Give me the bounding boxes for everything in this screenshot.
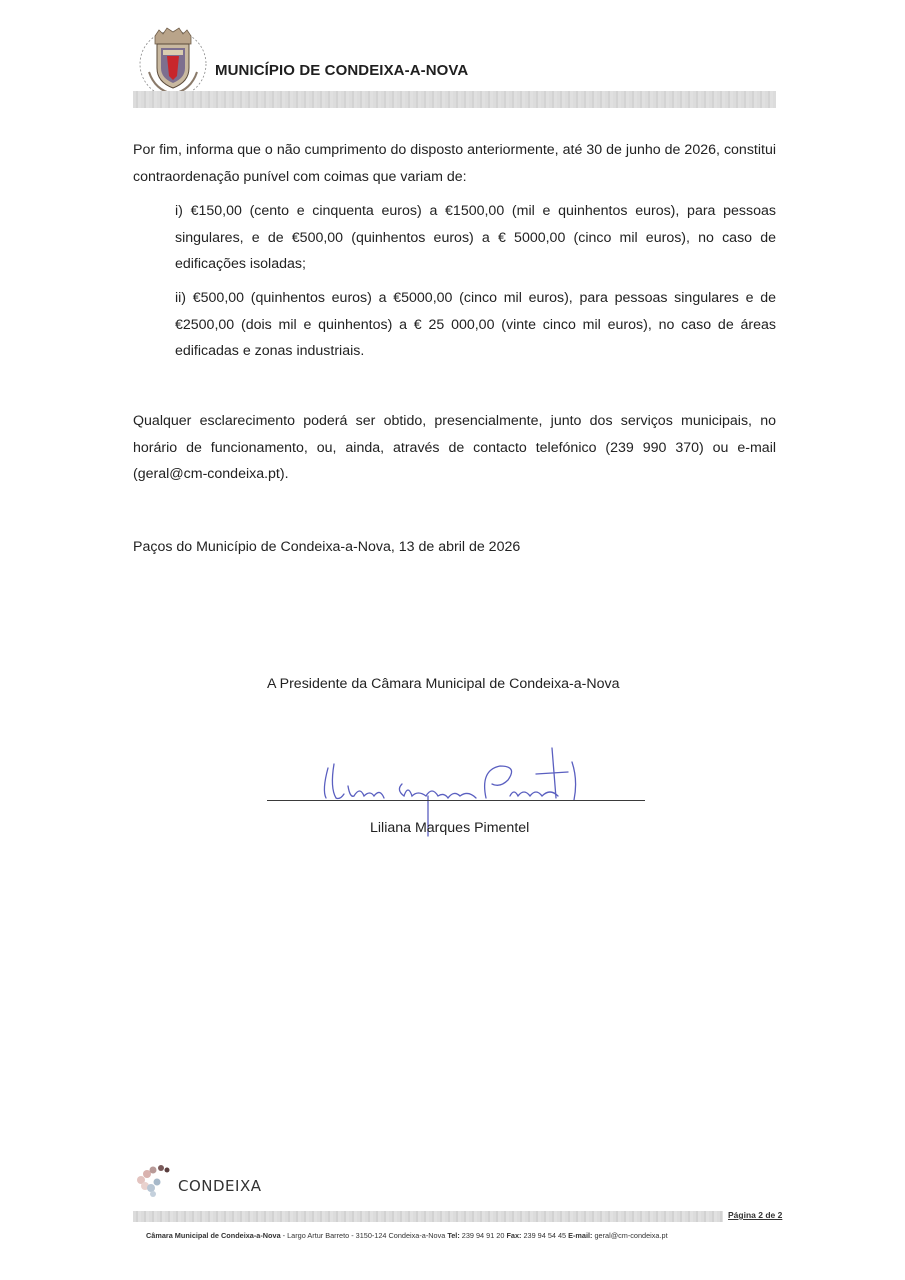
signer-name: Liliana Marques Pimentel	[370, 820, 529, 836]
footer-fax: 239 94 54 45	[521, 1231, 568, 1240]
header-title: MUNICÍPIO DE CONDEIXA-A-NOVA	[215, 62, 468, 79]
page-number: Página 2 de 2	[728, 1210, 782, 1220]
footer-email: geral@cm-condeixa.pt	[592, 1231, 667, 1240]
intro-paragraph: Por fim, informa que o não cumprimento d…	[133, 137, 776, 190]
footer-org-name: Câmara Municipal de Condeixa-a-Nova	[146, 1231, 281, 1240]
signature-line	[267, 800, 645, 801]
footer-fax-label: Fax:	[506, 1231, 521, 1240]
municipal-coat-of-arms-icon	[133, 22, 213, 102]
document-page: MUNICÍPIO DE CONDEIXA-A-NOVA Por fim, in…	[0, 0, 905, 1280]
footer-street: - Largo Artur Barreto - 3150-124 Condeix…	[281, 1231, 448, 1240]
footer-tel-label: Tel:	[447, 1231, 459, 1240]
fine-item-1: i) €150,00 (cento e cinquenta euros) a €…	[175, 198, 776, 278]
signer-title: A Presidente da Câmara Municipal de Cond…	[267, 676, 620, 692]
header-divider-bar	[133, 91, 776, 108]
contact-paragraph: Qualquer esclarecimento poderá ser obtid…	[133, 408, 776, 488]
footer-logo-text: CONDEIXA	[178, 1177, 262, 1195]
footer-email-label: E-mail:	[568, 1231, 592, 1240]
footer-tel: 239 94 91 20	[460, 1231, 507, 1240]
place-date: Paços do Município de Condeixa-a-Nova, 1…	[133, 534, 776, 561]
fine-item-2: ii) €500,00 (quinhentos euros) a €5000,0…	[175, 285, 776, 365]
footer-divider-bar	[133, 1211, 723, 1222]
footer-address: Câmara Municipal de Condeixa-a-Nova - La…	[146, 1231, 668, 1240]
